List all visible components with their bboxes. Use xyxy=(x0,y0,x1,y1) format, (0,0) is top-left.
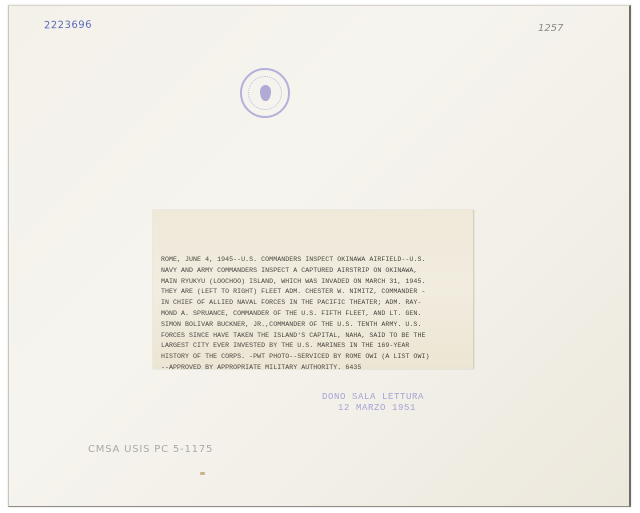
caption-text: ROME, JUNE 4, 1945--U.S. COMMANDERS INSP… xyxy=(161,255,471,374)
caption-clipping: ROME, JUNE 4, 1945--U.S. COMMANDERS INSP… xyxy=(153,210,474,369)
paper-stain xyxy=(200,472,205,475)
donation-stamp-date: 12 MARZO 1951 xyxy=(322,403,424,414)
caption-line: MOND A. SPRUANCE, COMMANDER OF THE U.S. … xyxy=(161,310,421,317)
caption-line: LARGEST CITY EVER INVESTED BY THE U.S. M… xyxy=(161,342,409,349)
caption-line: SIMON BOLIVAR BUCKNER, JR.,COMMANDER OF … xyxy=(161,321,421,328)
donation-stamp: DONO SALA LETTURA 12 MARZO 1951 xyxy=(322,392,424,414)
pencil-number: 1257 xyxy=(538,23,563,34)
caption-line: IN CHIEF OF ALLIED NAVAL FORCES IN THE P… xyxy=(161,299,421,306)
caption-line: ROME, JUNE 4, 1945--U.S. COMMANDERS INSP… xyxy=(161,256,425,263)
caption-line: --APPROVED BY APPROPRIATE MILITARY AUTHO… xyxy=(161,364,361,371)
donation-stamp-line1: DONO SALA LETTURA xyxy=(322,392,424,403)
caption-line: THEY ARE (LEFT TO RIGHT) FLEET ADM. CHES… xyxy=(161,288,425,295)
archive-reference: CMSA USIS PC 5-1175 xyxy=(88,444,213,455)
caption-line: HISTORY OF THE CORPS. -PWT PHOTO--SERVIC… xyxy=(161,353,429,360)
caption-line: MAIN RYUKYU (LOOCHOO) ISLAND, WHICH WAS … xyxy=(161,278,425,285)
library-stamp xyxy=(240,68,290,118)
inventory-number: 2223696 xyxy=(44,20,92,32)
caption-line: NAVY AND ARMY COMMANDERS INSPECT A CAPTU… xyxy=(161,267,417,274)
caption-line: FORCES SINCE HAVE TAKEN THE ISLAND'S CAP… xyxy=(161,332,425,339)
